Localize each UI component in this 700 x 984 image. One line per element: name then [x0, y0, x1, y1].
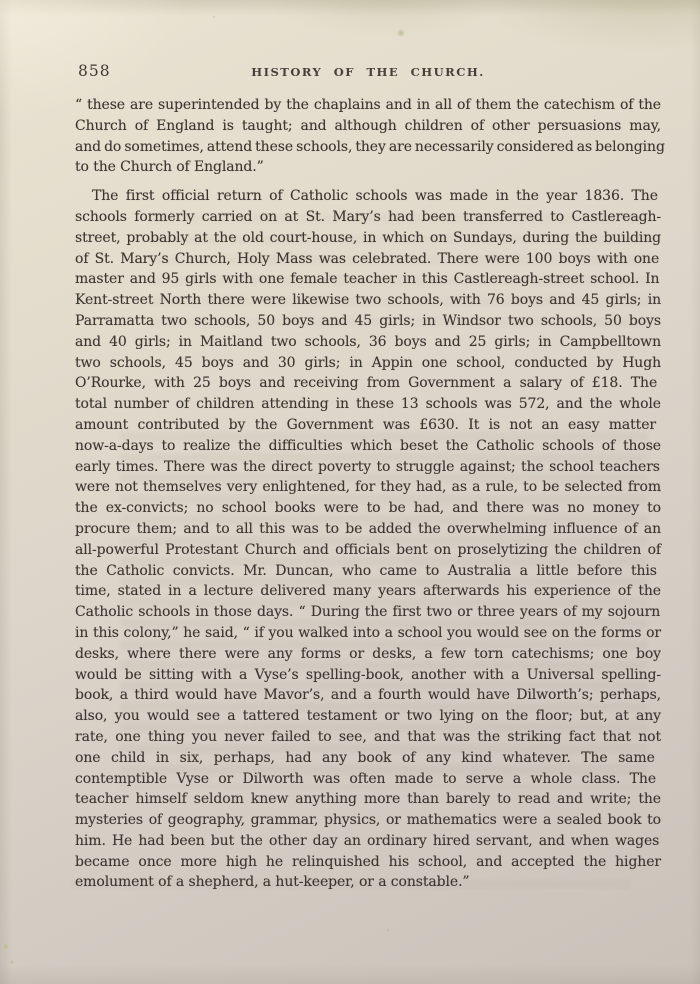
page-body: “ these are superintended by the chaplai…	[75, 95, 661, 893]
text-line: total number of children attending in th…	[75, 394, 661, 415]
text-line: teacher himself seldom knew anything mor…	[75, 789, 661, 810]
text-line: Catholic schools in those days. “ During…	[75, 602, 661, 623]
paragraph: The first official return of Catholic sc…	[75, 186, 661, 893]
text-line: street, probably at the old court-house,…	[75, 228, 661, 249]
text-line: one child in six, perhaps, had any book …	[75, 748, 661, 769]
paragraph: “ these are superintended by the chaplai…	[75, 95, 661, 178]
text-line: schools formerly carried on at St. Mary’…	[75, 207, 661, 228]
text-line: were not themselves very enlightened, fo…	[75, 477, 661, 498]
text-line: time, stated in a lecture delivered many…	[75, 581, 661, 602]
text-line: Parramatta two schools, 50 boys and 45 g…	[75, 311, 661, 332]
text-line: “ these are superintended by the chaplai…	[75, 95, 661, 116]
text-line: to the Church of England.”	[75, 157, 661, 178]
text-line: contemptible Vyse or Dilworth was often …	[75, 769, 661, 790]
text-line: the Catholic convicts. Mr. Duncan, who c…	[75, 561, 661, 582]
text-line: mysteries of geography, grammar, physics…	[75, 810, 661, 831]
text-line: rate, one thing you never failed to see,…	[75, 727, 661, 748]
running-title: HISTORY OF THE CHURCH.	[75, 65, 661, 79]
text-line: two schools, 45 boys and 30 girls; in Ap…	[75, 353, 661, 374]
text-line: The first official return of Catholic sc…	[75, 186, 661, 207]
text-line: would be sitting with a Vyse’s spelling-…	[75, 665, 661, 686]
text-line: amount contributed by the Government was…	[75, 415, 661, 436]
text-line: now-a-days to realize the difficulties w…	[75, 436, 661, 457]
text-line: became once more high he relinquished hi…	[75, 852, 661, 873]
text-line: desks, where there were any forms or des…	[75, 644, 661, 665]
text-line: emolument of a shepherd, a hut-keeper, o…	[75, 872, 661, 893]
page-header: 858 HISTORY OF THE CHURCH.	[75, 62, 661, 82]
text-line: and do sometimes, attend these schools, …	[75, 137, 661, 158]
text-line: book, a third would have Mavor’s, and a …	[75, 685, 661, 706]
text-line: O’Rourke, with 25 boys and receiving fro…	[75, 373, 661, 394]
text-line: Kent-street North there were likewise tw…	[75, 290, 661, 311]
text-line: the ex-convicts; no school books were to…	[75, 498, 661, 519]
text-line: in this colony,” he said, “ if you walke…	[75, 623, 661, 644]
text-line: him. He had been but the other day an or…	[75, 831, 661, 852]
text-line: procure them; and to all this was to be …	[75, 519, 661, 540]
text-line: all-powerful Protestant Church and offic…	[75, 540, 661, 561]
text-line: Church of England is taught; and althoug…	[75, 116, 661, 137]
text-line: early times. There was the direct povert…	[75, 457, 661, 478]
text-line: and 40 girls; in Maitland two schools, 3…	[75, 332, 661, 353]
text-line: master and 95 girls with one female teac…	[75, 269, 661, 290]
text-line: of St. Mary’s Church, Holy Mass was cele…	[75, 249, 661, 270]
text-line: also, you would see a tattered testament…	[75, 706, 661, 727]
